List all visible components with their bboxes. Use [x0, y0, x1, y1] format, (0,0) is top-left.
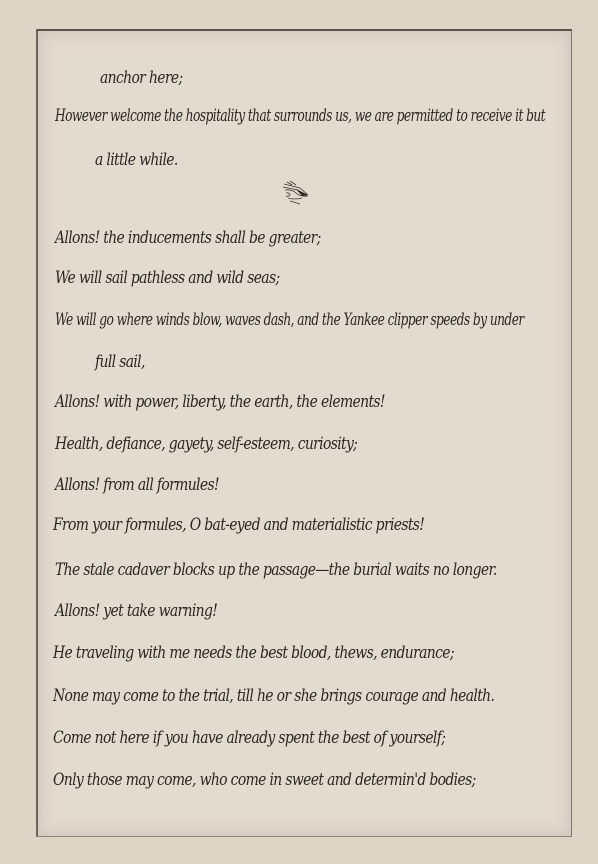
text-line-12: The stale cadaver blocks up the passage—…: [55, 562, 497, 579]
text-line-6: We will go where winds blow, waves dash,…: [55, 312, 524, 329]
text-line-15: None may come to the trial, till he or s…: [53, 688, 494, 705]
text-line-3: a little while.: [95, 152, 178, 169]
text-line-2: However welcome the hospitality that sur…: [55, 108, 545, 125]
text-line-5: We will sail pathless and wild seas;: [55, 270, 279, 287]
text-line-7: full sail,: [95, 354, 145, 371]
text-line-11: From your formules, O bat-eyed and mater…: [53, 517, 424, 534]
text-line-10: Allons! from all formules!: [55, 477, 219, 494]
text-line-14: He traveling with me needs the best bloo…: [53, 645, 454, 662]
text-line-4: Allons! the inducements shall be greater…: [55, 230, 321, 247]
text-line-8: Allons! with power, liberty, the earth, …: [55, 394, 385, 411]
text-line-9: Health, defiance, gayety, self-esteem, c…: [55, 436, 357, 453]
text-line-1: anchor here;: [100, 70, 183, 87]
bird-vignette-icon: [278, 178, 314, 208]
text-line-13: Allons! yet take warning!: [55, 603, 217, 620]
text-line-17: Only those may come, who come in sweet a…: [53, 772, 476, 789]
text-line-16: Come not here if you have already spent …: [53, 730, 445, 747]
